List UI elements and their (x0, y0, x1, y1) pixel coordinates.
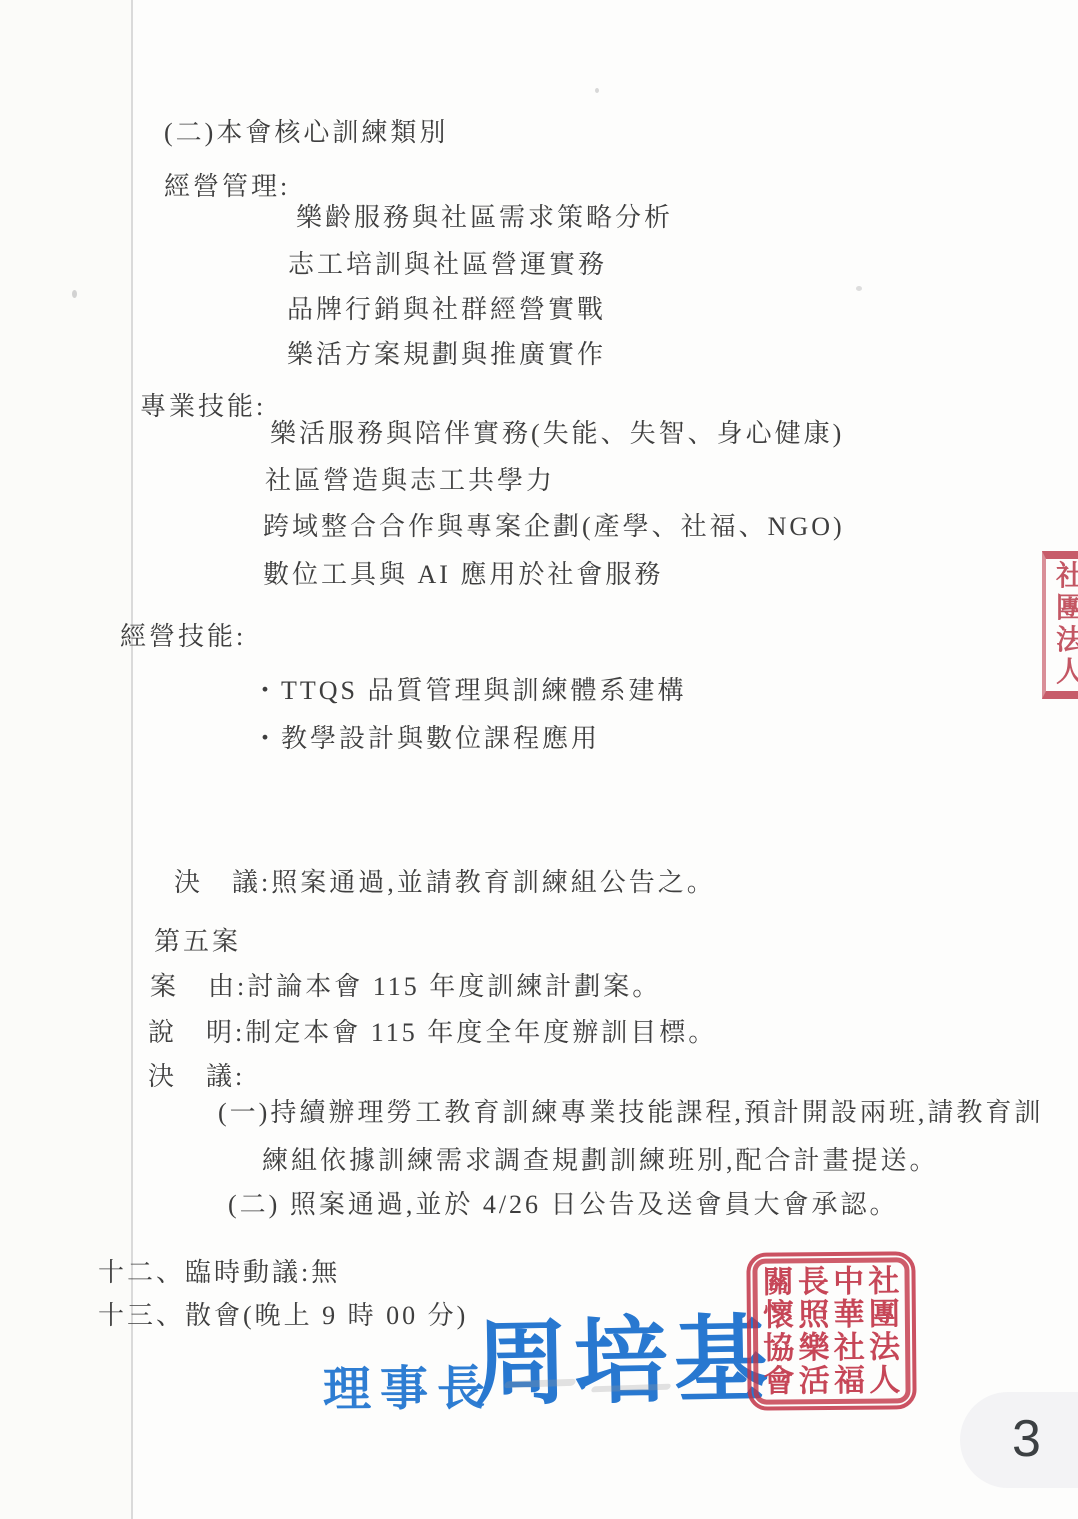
page-number: 3 (1012, 1392, 1041, 1488)
section-heading: (二)本會核心訓練類別 (164, 117, 448, 148)
seal-char: 關 (760, 1265, 796, 1298)
scan-speck (72, 290, 77, 298)
case4-resolution: 決 議:照案通過,並請教育訓練組公告之。 (174, 867, 716, 898)
edge-seal-char: 人 (1055, 657, 1078, 689)
seal-char: 協 (761, 1331, 797, 1364)
agenda-item-12: 十二、臨時動議:無 (98, 1257, 340, 1288)
seal-char: 人 (867, 1363, 903, 1396)
seal-char: 社 (832, 1331, 868, 1364)
professional-item: 社區營造與志工共學力 (265, 465, 555, 496)
management-item: 志工培訓與社區營運實務 (288, 249, 607, 280)
case5-resolution-label: 決 議: (148, 1061, 245, 1092)
seal-char: 懷 (761, 1298, 797, 1331)
seal-char: 照 (796, 1298, 832, 1331)
seal-char: 長 (796, 1265, 832, 1298)
seal-char: 法 (867, 1330, 903, 1363)
case5-explanation: 說 明:制定本會 115 年度全年度辦訓目標。 (148, 1017, 717, 1048)
management-item: 樂齡服務與社區需求策略分析 (296, 202, 673, 233)
business-item: ・教學設計與數位課程應用 (252, 723, 600, 754)
professional-item: 樂活服務與陪伴實務(失能、失智、身心健康) (270, 418, 844, 449)
page-margin-line (131, 0, 133, 1519)
group-label-business: 經營技能: (120, 621, 246, 652)
management-item: 樂活方案規劃與推廣實作 (287, 339, 606, 370)
seal-char: 樂 (796, 1331, 832, 1364)
case5-resolution-1-line1: (一)持續辦理勞工教育訓練專業技能課程,預計開設兩班,請教育訓 (218, 1097, 1043, 1128)
case5-resolution-2: (二) 照案通過,並於 4/26 日公告及送會員大會承認。 (228, 1189, 899, 1220)
group-label-professional: 專業技能: (140, 391, 266, 422)
page-number-pill: 3 (960, 1392, 1078, 1488)
page-left-margin (0, 0, 131, 1519)
edge-partial-seal: 社 團 法 人 (1042, 551, 1078, 699)
edge-seal-char: 法 (1055, 625, 1078, 657)
seal-char: 中 (831, 1265, 867, 1298)
seal-char: 活 (797, 1364, 833, 1397)
professional-item: 數位工具與 AI 應用於社會服務 (263, 559, 663, 590)
case5-resolution-1-line2: 練組依據訓練需求調查規劃訓練班別,配合計畫提送。 (262, 1145, 939, 1176)
edge-seal-char: 社 (1055, 561, 1078, 593)
chairman-name-stamp: 周培基 (473, 1311, 775, 1415)
edge-partial-seal-column: 社 團 法 人 (1046, 559, 1078, 689)
professional-item: 跨域整合合作與專案企劃(產學、社福、NGO) (263, 511, 845, 542)
group-label-management: 經營管理: (164, 171, 290, 202)
scanned-document-page: (二)本會核心訓練類別 經營管理: 樂齡服務與社區需求策略分析 志工培訓與社區營… (0, 0, 1078, 1519)
agenda-item-13: 十三、散會(晚上 9 時 00 分) (98, 1300, 468, 1331)
chairman-title-stamp: 理事長 (323, 1349, 495, 1419)
seal-char: 會 (761, 1364, 797, 1397)
case5-title: 第五案 (154, 926, 241, 957)
seal-char: 華 (831, 1298, 867, 1331)
scan-speck (595, 88, 599, 93)
scan-speck (856, 286, 862, 291)
management-item: 品牌行銷與社群經營實戰 (287, 294, 606, 325)
business-item: ・TTQS 品質管理與訓練體系建構 (252, 675, 687, 706)
seal-char: 福 (832, 1364, 868, 1397)
organization-seal: 關 長 中 社 懷 照 華 團 協 樂 社 法 會 活 福 人 (746, 1251, 916, 1410)
case5-subject: 案 由:討論本會 115 年度訓練計劃案。 (150, 971, 661, 1002)
organization-seal-grid: 關 長 中 社 懷 照 華 團 協 樂 社 法 會 活 福 人 (752, 1257, 910, 1404)
edge-seal-char: 團 (1055, 593, 1078, 625)
seal-char: 社 (866, 1264, 902, 1297)
seal-char: 團 (866, 1297, 902, 1330)
